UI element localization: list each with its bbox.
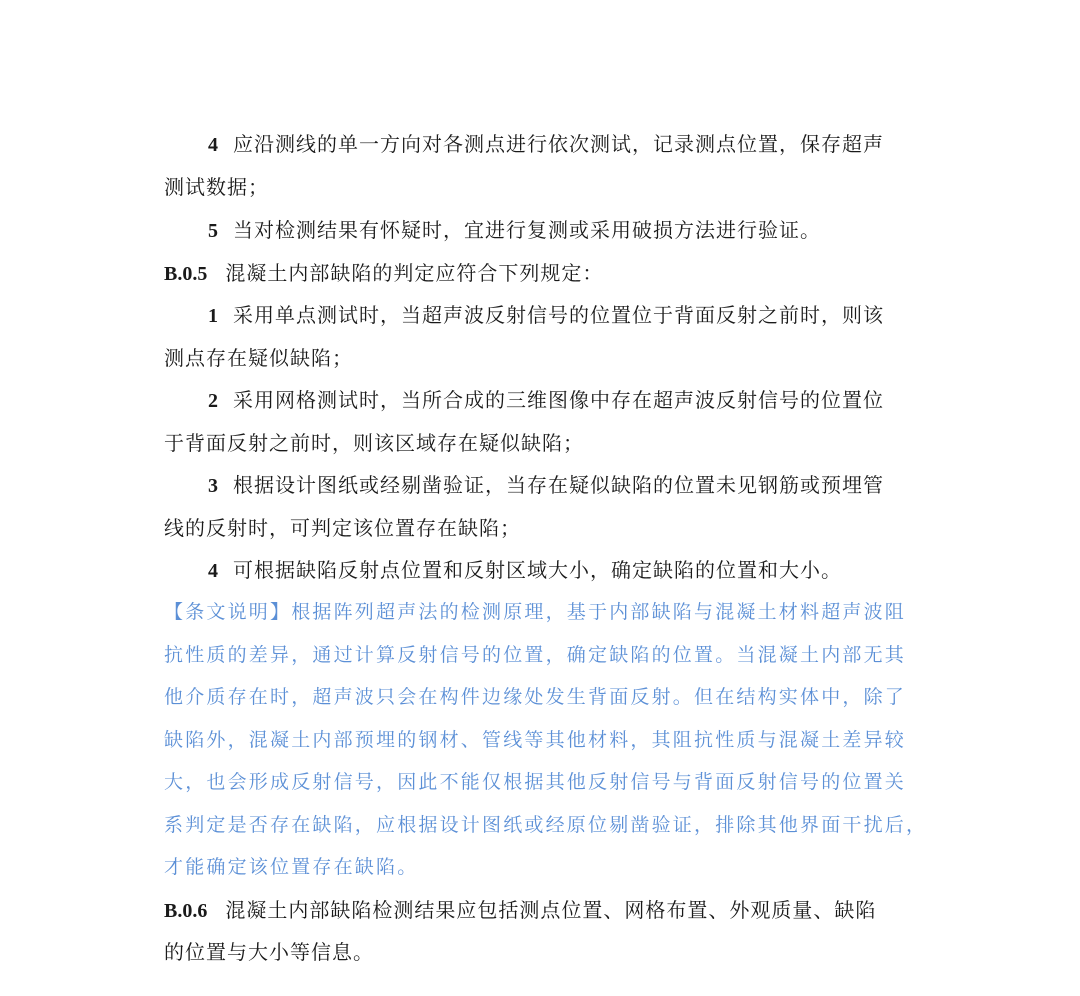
note-line-1: 【条文说明】根据阵列超声法的检测原理，基于内部缺陷与混凝土材料超声波阻 bbox=[164, 600, 906, 624]
list-item-4-line-2: 测试数据； bbox=[164, 175, 269, 199]
list-item-3-line-2: 线的反射时，可判定该位置存在缺陷； bbox=[164, 516, 521, 540]
list-item-1-line-2: 测点存在疑似缺陷； bbox=[164, 346, 353, 370]
list-item-4b: 4可根据缺陷反射点位置和反射区域大小，确定缺陷的位置和大小。 bbox=[208, 558, 842, 583]
clause-b06-line-2: 的位置与大小等信息。 bbox=[164, 940, 374, 964]
list-item-2-line-1: 2采用网格测试时，当所合成的三维图像中存在超声波反射信号的位置位 bbox=[208, 388, 884, 413]
note-line-7: 才能确定该位置存在缺陷。 bbox=[164, 855, 418, 879]
item-number: 4 bbox=[208, 560, 219, 582]
clause-number: B.0.6 bbox=[164, 900, 207, 922]
list-item-4-line-1: 4应沿测线的单一方向对各测点进行依次测试，记录测点位置，保存超声 bbox=[208, 132, 884, 157]
item-text: 应沿测线的单一方向对各测点进行依次测试，记录测点位置，保存超声 bbox=[233, 132, 884, 156]
item-number: 4 bbox=[208, 134, 219, 156]
clause-text: 混凝土内部缺陷的判定应符合下列规定： bbox=[225, 261, 603, 285]
list-item-1-line-1: 1采用单点测试时，当超声波反射信号的位置位于背面反射之前时，则该 bbox=[208, 303, 884, 328]
clause-b05: B.0.5混凝土内部缺陷的判定应符合下列规定： bbox=[164, 261, 603, 286]
note-line-6: 系判定是否存在缺陷，应根据设计图纸或经原位剔凿验证，排除其他界面干扰后， bbox=[164, 813, 927, 837]
list-item-2-line-2: 于背面反射之前时，则该区域存在疑似缺陷； bbox=[164, 431, 584, 455]
item-text: 根据设计图纸或经剔凿验证，当存在疑似缺陷的位置未见钢筋或预埋管 bbox=[233, 473, 884, 497]
item-number: 1 bbox=[208, 305, 219, 327]
note-line-3: 他介质存在时，超声波只会在构件边缘处发生背面反射。但在结构实体中，除了 bbox=[164, 685, 906, 709]
clause-text: 混凝土内部缺陷检测结果应包括测点位置、网格布置、外观质量、缺陷 bbox=[225, 898, 876, 922]
clause-number: B.0.5 bbox=[164, 263, 207, 285]
note-line-5: 大，也会形成反射信号，因此不能仅根据其他反射信号与背面反射信号的位置关 bbox=[164, 770, 906, 794]
list-item-3-line-1: 3根据设计图纸或经剔凿验证，当存在疑似缺陷的位置未见钢筋或预埋管 bbox=[208, 473, 884, 498]
item-text: 当对检测结果有怀疑时，宜进行复测或采用破损方法进行验证。 bbox=[233, 218, 821, 242]
item-number: 2 bbox=[208, 390, 219, 412]
item-number: 5 bbox=[208, 220, 219, 242]
item-text: 采用网格测试时，当所合成的三维图像中存在超声波反射信号的位置位 bbox=[233, 388, 884, 412]
clause-b06-line-1: B.0.6混凝土内部缺陷检测结果应包括测点位置、网格布置、外观质量、缺陷 bbox=[164, 898, 876, 923]
list-item-5: 5当对检测结果有怀疑时，宜进行复测或采用破损方法进行验证。 bbox=[208, 218, 821, 243]
note-line-2: 抗性质的差异，通过计算反射信号的位置，确定缺陷的位置。当混凝土内部无其 bbox=[164, 643, 906, 667]
item-text: 可根据缺陷反射点位置和反射区域大小，确定缺陷的位置和大小。 bbox=[233, 558, 842, 582]
item-text: 采用单点测试时，当超声波反射信号的位置位于背面反射之前时，则该 bbox=[233, 303, 884, 327]
item-number: 3 bbox=[208, 475, 219, 497]
note-line-4: 缺陷外，混凝土内部预埋的钢材、管线等其他材料，其阻抗性质与混凝土差异较 bbox=[164, 728, 906, 752]
